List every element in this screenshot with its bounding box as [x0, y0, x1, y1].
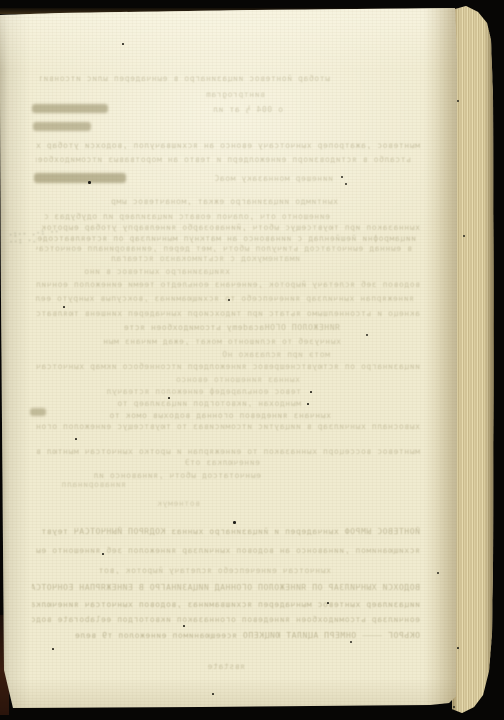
ink-speck: [345, 183, 347, 185]
ink-speck: [88, 181, 91, 184]
ink-speck: [228, 299, 230, 301]
ink-speck: [310, 391, 312, 393]
ink-speck: [52, 648, 54, 650]
ink-speck: [453, 706, 455, 708]
ink-speck: [168, 397, 170, 399]
ink-speck: [75, 438, 77, 440]
ink-speck: [463, 235, 465, 237]
ink-speck: [233, 521, 236, 524]
speck-layer: [0, 0, 504, 720]
ink-speck: [102, 553, 104, 555]
ink-speck: [350, 641, 352, 643]
ink-speck: [183, 625, 185, 627]
ink-speck: [307, 403, 309, 405]
scanned-book-page: ытобар йонтевос иицазинагро в еынчадереп…: [0, 0, 504, 720]
ink-speck: [122, 43, 124, 45]
ink-speck: [457, 647, 459, 649]
ink-speck: [63, 306, 65, 308]
ink-speck: [457, 100, 459, 102]
ink-speck: [366, 334, 368, 336]
ink-speck: [327, 602, 329, 604]
ink-speck: [437, 572, 439, 574]
ink-speck: [212, 693, 214, 695]
ink-speck: [341, 176, 343, 178]
